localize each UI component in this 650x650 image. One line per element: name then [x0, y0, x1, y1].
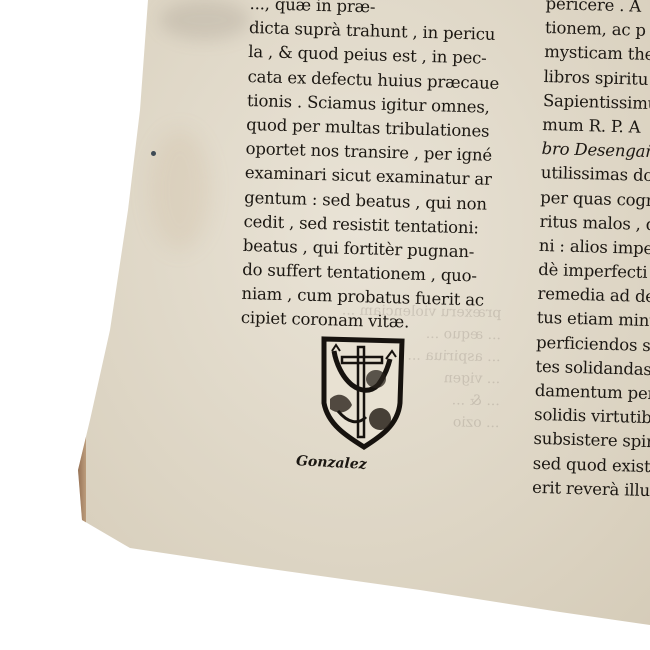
page-edge — [78, 420, 86, 530]
paper-stain — [160, 0, 250, 40]
page-sheet: præxeru violenciam ... ... æquo ... ... … — [0, 0, 650, 650]
left-text-column: ..., quæ in præ- dicta suprà trahunt , i… — [241, 0, 502, 338]
ink-spot — [151, 151, 156, 156]
shield-crest-icon — [318, 333, 408, 451]
text-line: erit reverà illusio — [532, 476, 650, 504]
paper-stain — [150, 130, 210, 250]
right-text-column: pericere . A tionem, ac p mysticam the l… — [532, 0, 650, 504]
